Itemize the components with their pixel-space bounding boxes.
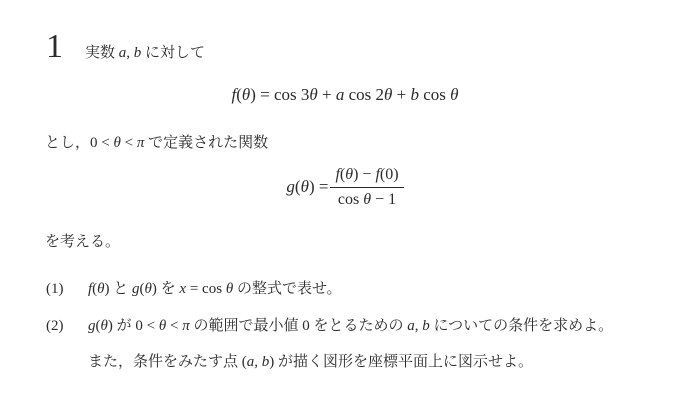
math-token: cos [338, 191, 363, 208]
math-token: + [392, 85, 410, 104]
formula-g-lhs: g(θ) = [286, 177, 328, 197]
question-2-text: g(θ) が 0 < θ < π の範囲で最小値 0 をとるための a, b に… [88, 318, 613, 334]
text-token: , [126, 45, 134, 61]
text-token: また，条件をみたす点 ( [88, 354, 247, 370]
math-token: g [132, 281, 140, 297]
text-token: ) を [152, 281, 180, 297]
consider-line: を考える。 [45, 230, 120, 251]
math-token: b [422, 318, 430, 334]
text-token: ) が 0 < [108, 318, 159, 334]
text-token: の整式で表せ。 [233, 281, 341, 297]
math-token: cos 2 [344, 85, 384, 104]
math-token: で定義された関数 [144, 135, 268, 151]
math-token: g [88, 318, 96, 334]
math-token: ) = [309, 177, 329, 196]
text-token: についての条件を求めよ。 [430, 318, 613, 334]
math-token: θ [309, 85, 317, 104]
question-2-continued: また，条件をみたす点 (a, b) が描く図形を座標平面上に図示せよ。 [88, 350, 533, 371]
question-2: (2)g(θ) が 0 < θ < π の範囲で最小値 0 をとるための a, … [46, 314, 613, 335]
math-token: = cos [186, 281, 226, 297]
math-token: < [166, 318, 182, 334]
question-1-text: f(θ) と g(θ) を x = cos θ の整式で表せ。 [88, 281, 342, 297]
fraction-denominator: cos θ − 1 [330, 187, 403, 212]
problem-heading: 1実数 a, b に対して [46, 30, 205, 64]
math-token: θ [113, 135, 120, 151]
math-token: ) − [353, 166, 375, 183]
math-token: π [182, 318, 190, 334]
math-token: θ [363, 191, 371, 208]
math-token: g [286, 177, 295, 196]
math-token: θ [145, 281, 152, 297]
problem-intro: 実数 a, b に対して [85, 45, 205, 61]
math-token: b [410, 85, 419, 104]
exam-page: 1実数 a, b に対して f(θ) = cos 3θ + a cos 2θ +… [0, 0, 690, 408]
question-1-label: (1) [46, 281, 88, 298]
fraction-numerator: f(θ) − f(0) [330, 163, 403, 187]
math-token: a [407, 318, 415, 334]
question-2-label: (2) [46, 318, 88, 335]
math-token: ) = cos 3 [250, 85, 309, 104]
math-token: θ [97, 281, 104, 297]
math-token: < [121, 135, 137, 151]
question-1: (1)f(θ) と g(θ) を x = cos θ の整式で表せ。 [46, 277, 342, 298]
formula-f: f(θ) = cos 3θ + a cos 2θ + b cos θ [0, 85, 690, 105]
text-token: ) と [105, 281, 133, 297]
math-token: − 1 [371, 191, 396, 208]
text-token: を考える。 [45, 234, 120, 250]
math-token: , [254, 354, 262, 370]
fraction: f(θ) − f(0)cos θ − 1 [330, 163, 403, 212]
math-token: θ [101, 318, 108, 334]
text-token: ) が描く図形を座標平面上に図示せよ。 [269, 354, 533, 370]
text-token: に対して [141, 45, 205, 61]
problem-number: 1 [46, 30, 63, 64]
formula-g: g(θ) = f(θ) − f(0)cos θ − 1 [0, 158, 690, 216]
math-token: θ [345, 166, 353, 183]
math-token: + [318, 85, 336, 104]
text-token: とし，0 < [45, 135, 113, 151]
math-token: cos [419, 85, 450, 104]
define-line: とし，0 < θ < π で定義された関数 [45, 131, 268, 152]
math-token: (0) [380, 166, 399, 183]
text-token: の範囲で最小値 0 をとるための [190, 318, 408, 334]
math-token: θ [242, 85, 250, 104]
text-token: 実数 [85, 45, 119, 61]
math-token: θ [450, 85, 458, 104]
math-token: θ [301, 177, 309, 196]
